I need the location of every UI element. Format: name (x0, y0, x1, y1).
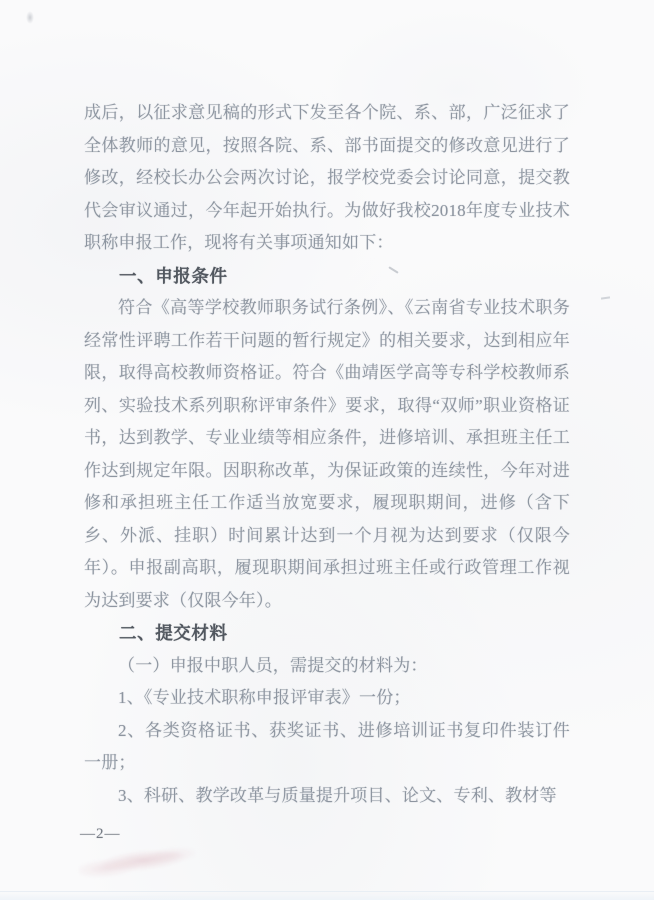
list-item-1: 1、《专业技术职称申报评审表》一份； (84, 682, 570, 715)
scan-artifact-top-left-speck (26, 11, 34, 24)
paragraph-continuation: 成后，以征求意见稿的形式下发至各个院、系、部，广泛征求了全体教师的意见，按照各院… (84, 97, 570, 260)
paragraph-materials-intro: （一）申报中职人员，需提交的材料为： (84, 650, 570, 683)
scan-edge-bottom-strip (0, 891, 654, 900)
scan-artifact-pink-stamp-smudge (77, 841, 197, 881)
paragraph-application-conditions: 符合《高等学校教师职务试行条例》、《云南省专业技术职务经常性评聘工作若干问题的暂… (84, 292, 570, 617)
document-body: 成后，以征求意见稿的形式下发至各个院、系、部，广泛征求了全体教师的意见，按照各院… (84, 97, 570, 812)
page-number: —2— (80, 826, 121, 843)
scan-artifact-right-dash (601, 296, 610, 299)
scan-page: 成后，以征求意见稿的形式下发至各个院、系、部，广泛征求了全体教师的意见，按照各院… (0, 0, 654, 900)
list-item-3: 3、科研、教学改革与质量提升项目、论文、专利、教材等 (84, 780, 570, 813)
section-heading-submission-materials: 二、提交材料 (84, 617, 570, 650)
section-heading-application-conditions: 一、申报条件 (84, 260, 570, 293)
list-item-2: 2、各类资格证书、获奖证书、进修培训证书复印件装订件一册； (84, 715, 570, 780)
